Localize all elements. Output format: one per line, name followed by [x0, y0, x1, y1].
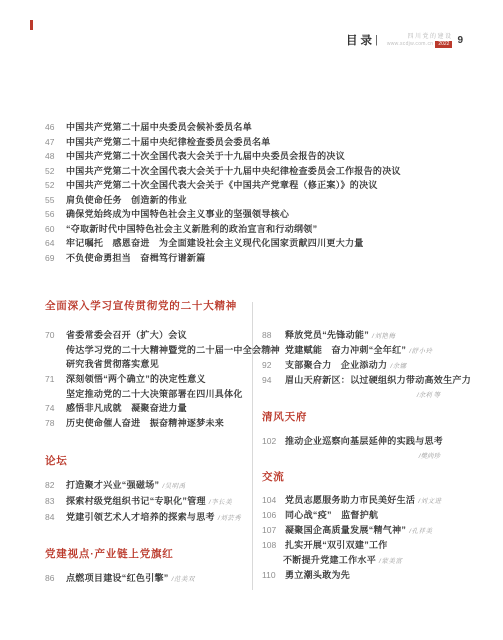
entry-title: 眉山天府新区：以过硬组织力带动高效生产力: [285, 373, 471, 388]
entry-author: /孔祥美: [409, 524, 432, 539]
toc-entry: 55肩负使命任务 创造新的伟业: [45, 193, 460, 208]
entry-page-number: 69: [45, 251, 66, 266]
left-column: 70省委常委会召开（扩大）会议 传达学习党的二十大精神暨党的二十届一中全会精神 …: [45, 328, 250, 586]
entry-title: 中国共产党第二十次全国代表大会关于十九届中央纪律检查委员会工作报告的决议: [66, 164, 401, 179]
toc-entry: 110勇立潮头敢为先: [262, 568, 464, 583]
toc-entry: 108扎实开展“双引双建”工作: [262, 538, 464, 553]
entry-title: 肩负使命任务 创造新的伟业: [66, 193, 187, 208]
entry-author: /刘文进: [418, 494, 441, 509]
entry-author-line: /余利 等: [262, 388, 464, 403]
entry-author: /舒小玲: [409, 344, 432, 359]
toc-entry: 102推动企业巡察向基层延伸的实践与思考: [262, 434, 464, 449]
toc-top-list: 46中国共产党第二十届中央委员会候补委员名单 47中国共产党第二十届中央纪律检查…: [45, 120, 460, 265]
entry-title: 确保党始终成为中国特色社会主义事业的坚强领导核心: [66, 207, 289, 222]
section-heading-qingfeng: 清风天府: [262, 411, 464, 424]
entry-author: /蒙美富: [379, 554, 402, 569]
entry-page-number: 47: [45, 135, 66, 150]
toc-entry: 47中国共产党第二十届中央纪律检查委员会委员名单: [45, 135, 460, 150]
entry-title: 深刻领悟“两个确立”的决定性意义: [66, 372, 206, 387]
entry-author: /刘芸秀: [218, 511, 241, 527]
entry-title: 中国共产党第二十届中央纪律检查委员会委员名单: [66, 135, 271, 150]
section-heading-viewpoint: 党建视点·产业链上党旗红: [45, 548, 250, 561]
entry-page-number: 74: [45, 401, 66, 416]
toc-entry: 104党员志愿服务助力市民美好生活/刘文进: [262, 493, 464, 508]
entry-author: /刘艳梅: [372, 329, 395, 344]
toc-entry: 48中国共产党第二十次全国代表大会关于十九届中央委员会报告的决议: [45, 149, 460, 164]
toc-entry: 90党建赋能 奋力冲刺“全年红”/舒小玲: [262, 343, 464, 358]
issue-badge: 2022: [435, 41, 452, 48]
entry-page-number: 88: [262, 328, 285, 343]
entry-page-number: 110: [262, 568, 285, 583]
toc-entry: 74感悟非凡成就 凝聚奋进力量: [45, 401, 250, 416]
entry-page-number: 107: [262, 523, 285, 538]
viewpoint-list: 86点燃项目建设“红色引擎”/范美双: [45, 570, 250, 586]
entry-title: 历史使命催人奋进 振奋精神逐梦未来: [66, 416, 224, 431]
entry-page-number: 48: [45, 149, 66, 164]
entry-page-number: 90: [262, 343, 285, 358]
toc-entry: 78历史使命催人奋进 振奋精神逐梦未来: [45, 416, 250, 431]
brand-name: 四川党的建设: [387, 33, 453, 41]
entry-page-number: 55: [45, 193, 66, 208]
section-heading-forum: 论坛: [45, 455, 250, 468]
toc-entry: 52中国共产党第二十次全国代表大会关于《中国共产党章程（修正案）》的决议: [45, 178, 460, 193]
entry-title: 同心战“疫” 监督护航: [285, 508, 378, 523]
qingfeng-list: 102推动企业巡察向基层延伸的实践与思考 /樊尚珍: [262, 434, 464, 464]
entry-title: 中国共产党第二十届中央委员会候补委员名单: [66, 120, 252, 135]
toc-entry-subline: 坚定推动党的二十大决策部署在四川具体化: [45, 387, 250, 402]
entry-title-line2: 不断提升党建工作水平: [283, 553, 376, 568]
entry-page-number: 78: [45, 416, 66, 431]
right-column: 88释放党员“先锋动能”/刘艳梅 90党建赋能 奋力冲刺“全年红”/舒小玲 92…: [262, 328, 464, 583]
entry-title: 中国共产党第二十次全国代表大会关于十九届中央委员会报告的决议: [66, 149, 345, 164]
entry-page-number: 64: [45, 236, 66, 251]
entry-title: 扎实开展“双引双建”工作: [285, 538, 388, 553]
toc-entry: 46中国共产党第二十届中央委员会候补委员名单: [45, 120, 460, 135]
toc-entry: 84党建引领艺术人才培养的探索与思考/刘芸秀: [45, 509, 250, 525]
toc-entry: 70省委常委会召开（扩大）会议: [45, 328, 250, 343]
section-heading-special: 全面深入学习宣传贯彻党的二十大精神: [45, 300, 237, 313]
entry-page-number: 52: [45, 164, 66, 179]
forum-list: 82打造聚才兴业“强磁场”/吴明禹 83探索村级党组织书记“专职化”管理/李长美…: [45, 477, 250, 525]
entry-title: “夺取新时代中国特色社会主义新胜利的政治宣言和行动纲领”: [66, 222, 317, 237]
page-title: 目录: [346, 32, 375, 48]
entry-title: 探索村级党组织书记“专职化”管理: [66, 493, 206, 509]
entry-page-number: 52: [45, 178, 66, 193]
entry-page-number: 71: [45, 372, 66, 387]
page-number: 9: [457, 35, 463, 46]
brand-url: www.scdjw.com.cn: [387, 41, 433, 48]
toc-entry: 64牢记嘱托 感恩奋进 为全面建设社会主义现代化国家贡献四川更大力量: [45, 236, 460, 251]
toc-entry: 106同心战“疫” 监督护航: [262, 508, 464, 523]
entry-page-number: 70: [45, 328, 66, 343]
exchange-list: 104党员志愿服务助力市民美好生活/刘文进 106同心战“疫” 监督护航 107…: [262, 493, 464, 583]
section-heading-exchange: 交流: [262, 471, 464, 484]
entry-page-number: 56: [45, 207, 66, 222]
entry-title: 省委常委会召开（扩大）会议: [66, 328, 187, 343]
toc-entry-subline: 传达学习党的二十大精神暨党的二十届一中全会精神: [45, 343, 250, 358]
entry-page-number: 86: [45, 570, 66, 586]
entry-title: 推动企业巡察向基层延伸的实践与思考: [285, 434, 443, 449]
toc-entry: 71深刻领悟“两个确立”的决定性意义: [45, 372, 250, 387]
entry-title: 牢记嘱托 感恩奋进 为全面建设社会主义现代化国家贡献四川更大力量: [66, 236, 364, 251]
page-corner-mark: [30, 20, 33, 30]
entry-page-number: 46: [45, 120, 66, 135]
entry-page-number: 102: [262, 434, 285, 449]
entry-page-number: 104: [262, 493, 285, 508]
entry-title-line3: 研究我省贯彻落实意见: [66, 357, 159, 372]
brand-url-line: www.scdjw.com.cn 2022: [387, 41, 453, 48]
toc-entry-subline: 不断提升党建工作水平/蒙美富: [262, 553, 464, 568]
toc-entry: 83探索村级党组织书记“专职化”管理/李长美: [45, 493, 250, 509]
toc-entry: 60“夺取新时代中国特色社会主义新胜利的政治宣言和行动纲领”: [45, 222, 460, 237]
toc-entry-subline: 研究我省贯彻落实意见: [45, 357, 250, 372]
entry-title: 党员志愿服务助力市民美好生活: [285, 493, 415, 508]
entry-author: /余娜: [390, 359, 406, 374]
entry-title: 支部聚合力 企业添动力: [285, 358, 387, 373]
entry-title: 释放党员“先锋动能”: [285, 328, 369, 343]
entry-title: 党建引领艺术人才培养的探索与思考: [66, 509, 215, 525]
entry-title-line2: 坚定推动党的二十大决策部署在四川具体化: [66, 387, 243, 402]
entry-page-number: 106: [262, 508, 285, 523]
page-header: 目录 | 四川党的建设 www.scdjw.com.cn 2022 9: [346, 32, 463, 48]
header-separator: |: [375, 34, 381, 46]
entry-page-number: 84: [45, 509, 66, 525]
entry-author-line: /樊尚珍: [262, 449, 464, 464]
toc-entry: 94眉山天府新区：以过硬组织力带动高效生产力: [262, 373, 464, 388]
toc-entry: 69不负使命勇担当 奋楫笃行谱新篇: [45, 251, 460, 266]
entry-author: /范美双: [172, 572, 195, 588]
entry-page-number: 60: [45, 222, 66, 237]
entry-page-number: 108: [262, 538, 285, 553]
toc-entry: 92支部聚合力 企业添动力/余娜: [262, 358, 464, 373]
entry-title: 凝聚国企高质量发展“精气神”: [285, 523, 406, 538]
brand-block: 四川党的建设 www.scdjw.com.cn 2022: [387, 33, 453, 48]
entry-page-number: 94: [262, 373, 285, 388]
entry-page-number: 82: [45, 477, 66, 493]
toc-entry: 82打造聚才兴业“强磁场”/吴明禹: [45, 477, 250, 493]
entry-title: 不负使命勇担当 奋楫笃行谱新篇: [66, 251, 206, 266]
toc-entry: 88释放党员“先锋动能”/刘艳梅: [262, 328, 464, 343]
entry-title: 中国共产党第二十次全国代表大会关于《中国共产党章程（修正案）》的决议: [66, 178, 378, 193]
entry-title: 党建赋能 奋力冲刺“全年红”: [285, 343, 406, 358]
entry-title: 点燃项目建设“红色引擎”: [66, 570, 169, 586]
entry-title: 勇立潮头敢为先: [285, 568, 350, 583]
entry-page-number: 92: [262, 358, 285, 373]
magazine-toc-page: 目录 | 四川党的建设 www.scdjw.com.cn 2022 9 46中国…: [0, 0, 503, 640]
entry-page-number: 83: [45, 493, 66, 509]
toc-entry: 56确保党始终成为中国特色社会主义事业的坚强领导核心: [45, 207, 460, 222]
entry-title: 打造聚才兴业“强磁场”: [66, 477, 159, 493]
entry-title-line2: 传达学习党的二十大精神暨党的二十届一中全会精神: [66, 343, 280, 358]
toc-entry: 107凝聚国企高质量发展“精气神”/孔祥美: [262, 523, 464, 538]
toc-entry: 52中国共产党第二十次全国代表大会关于十九届中央纪律检查委员会工作报告的决议: [45, 164, 460, 179]
entry-title: 感悟非凡成就 凝聚奋进力量: [66, 401, 187, 416]
toc-entry: 86点燃项目建设“红色引擎”/范美双: [45, 570, 250, 586]
